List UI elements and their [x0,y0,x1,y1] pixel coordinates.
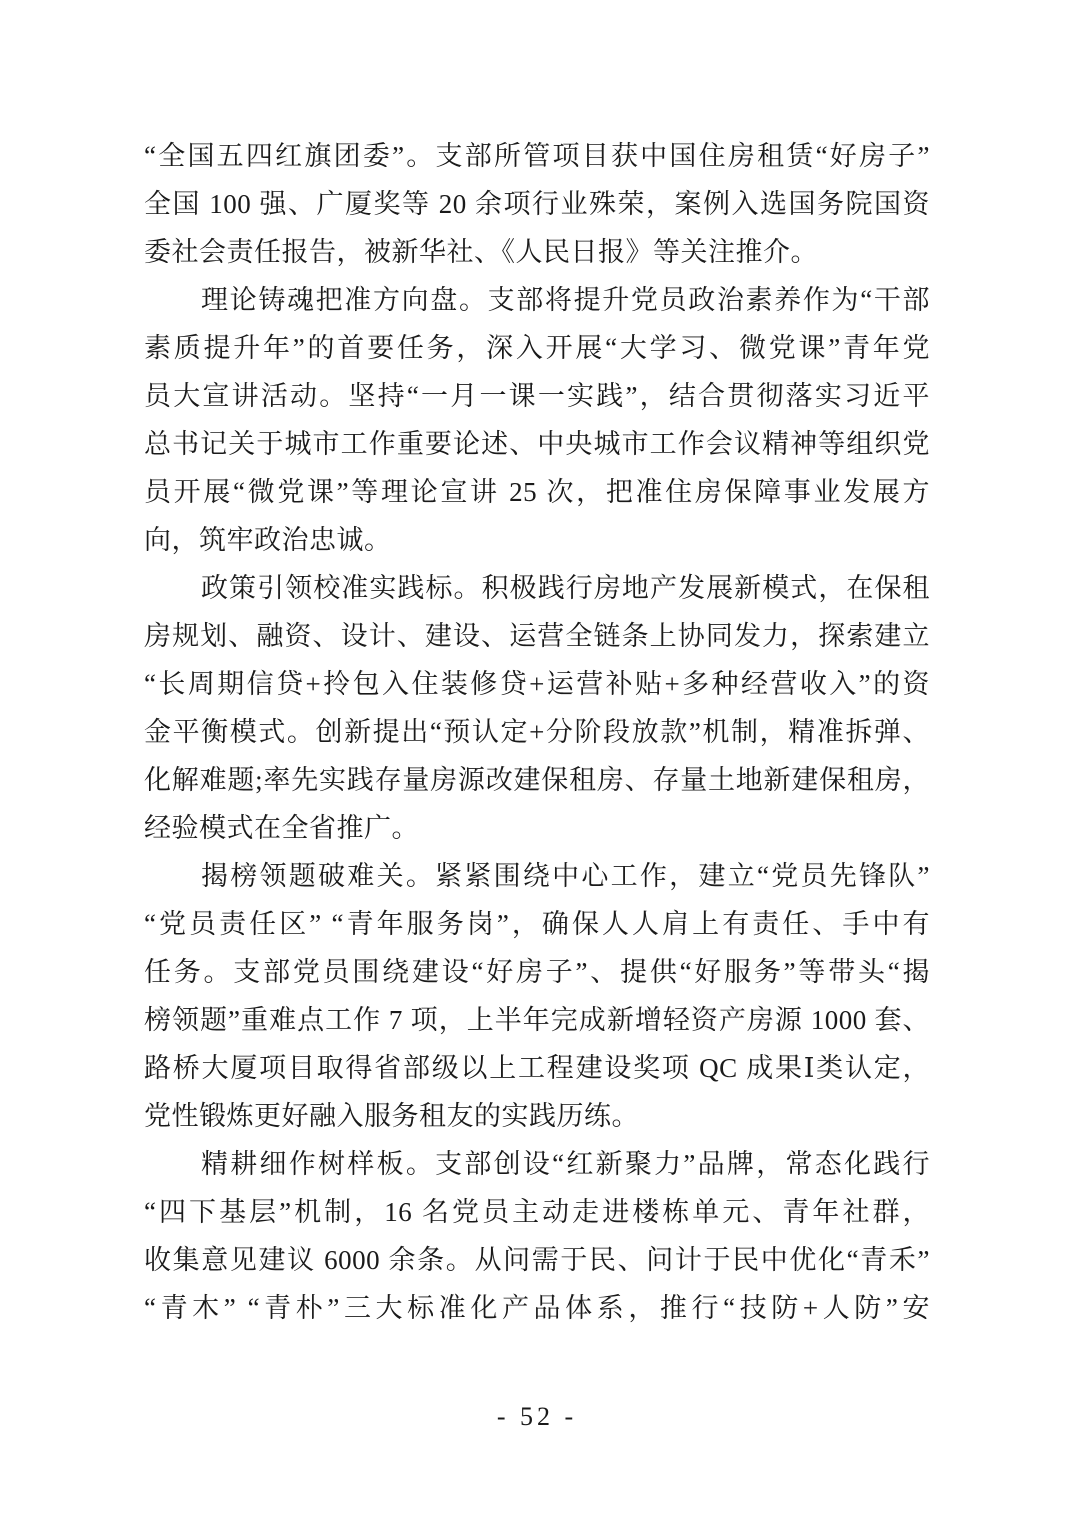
text-line: 全国 100 强、广厦奖等 20 余项行业殊荣，案例入选国务院国资 [144,180,930,228]
text-line: 房规划、融资、设计、建设、运营全链条上协同发力，探索建立 [144,612,930,660]
text-line: “四下基层”机制，16 名党员主动走进楼栋单元、青年社群， [144,1188,930,1236]
text-line: “全国五四红旗团委”。支部所管项目获中国住房租赁“好房子” [144,132,930,180]
text-line: 榜领题”重难点工作 7 项，上半年完成新增轻资产房源 1000 套、 [144,996,930,1044]
text-line: 收集意见建议 6000 余条。从问需于民、问计于民中优化“青禾” [144,1236,930,1284]
text-line: 委社会责任报告，被新华社、《人民日报》等关注推介。 [144,228,930,276]
document-body: “全国五四红旗团委”。支部所管项目获中国住房租赁“好房子”全国 100 强、广厦… [144,132,930,1332]
document-page: “全国五四红旗团委”。支部所管项目获中国住房租赁“好房子”全国 100 强、广厦… [0,0,1074,1520]
text-line: 化解难题;率先实践存量房源改建保租房、存量土地新建保租房， [144,756,930,804]
text-line: 总书记关于城市工作重要论述、中央城市工作会议精神等组织党 [144,420,930,468]
text-line: 任务。支部党员围绕建设“好房子”、提供“好服务”等带头“揭 [144,948,930,996]
page-footer: - 52 - [0,1402,1074,1432]
text-line: 金平衡模式。创新提出“预认定+分阶段放款”机制，精准拆弹、 [144,708,930,756]
text-line: 员开展“微党课”等理论宣讲 25 次，把准住房保障事业发展方 [144,468,930,516]
text-line: 理论铸魂把准方向盘。支部将提升党员政治素养作为“干部 [144,276,930,324]
page-number: - 52 - [497,1402,577,1431]
text-line: “青木” “青朴”三大标准化产品体系，推行“技防+人防”安 [144,1284,930,1332]
text-line: 政策引领校准实践标。积极践行房地产发展新模式，在保租 [144,564,930,612]
text-line: “党员责任区” “青年服务岗”，确保人人肩上有责任、手中有 [144,900,930,948]
text-line: 党性锻炼更好融入服务租友的实践历练。 [144,1092,930,1140]
text-line: “长周期信贷+拎包入住装修贷+运营补贴+多种经营收入”的资 [144,660,930,708]
text-line: 路桥大厦项目取得省部级以上工程建设奖项 QC 成果Ⅰ类认定， [144,1044,930,1092]
text-line: 揭榜领题破难关。紧紧围绕中心工作，建立“党员先锋队” [144,852,930,900]
text-line: 素质提升年”的首要任务，深入开展“大学习、微党课”青年党 [144,324,930,372]
text-line: 精耕细作树样板。支部创设“红新聚力”品牌，常态化践行 [144,1140,930,1188]
text-line: 经验模式在全省推广。 [144,804,930,852]
text-line: 员大宣讲活动。坚持“一月一课一实践”，结合贯彻落实习近平 [144,372,930,420]
text-line: 向，筑牢政治忠诚。 [144,516,930,564]
